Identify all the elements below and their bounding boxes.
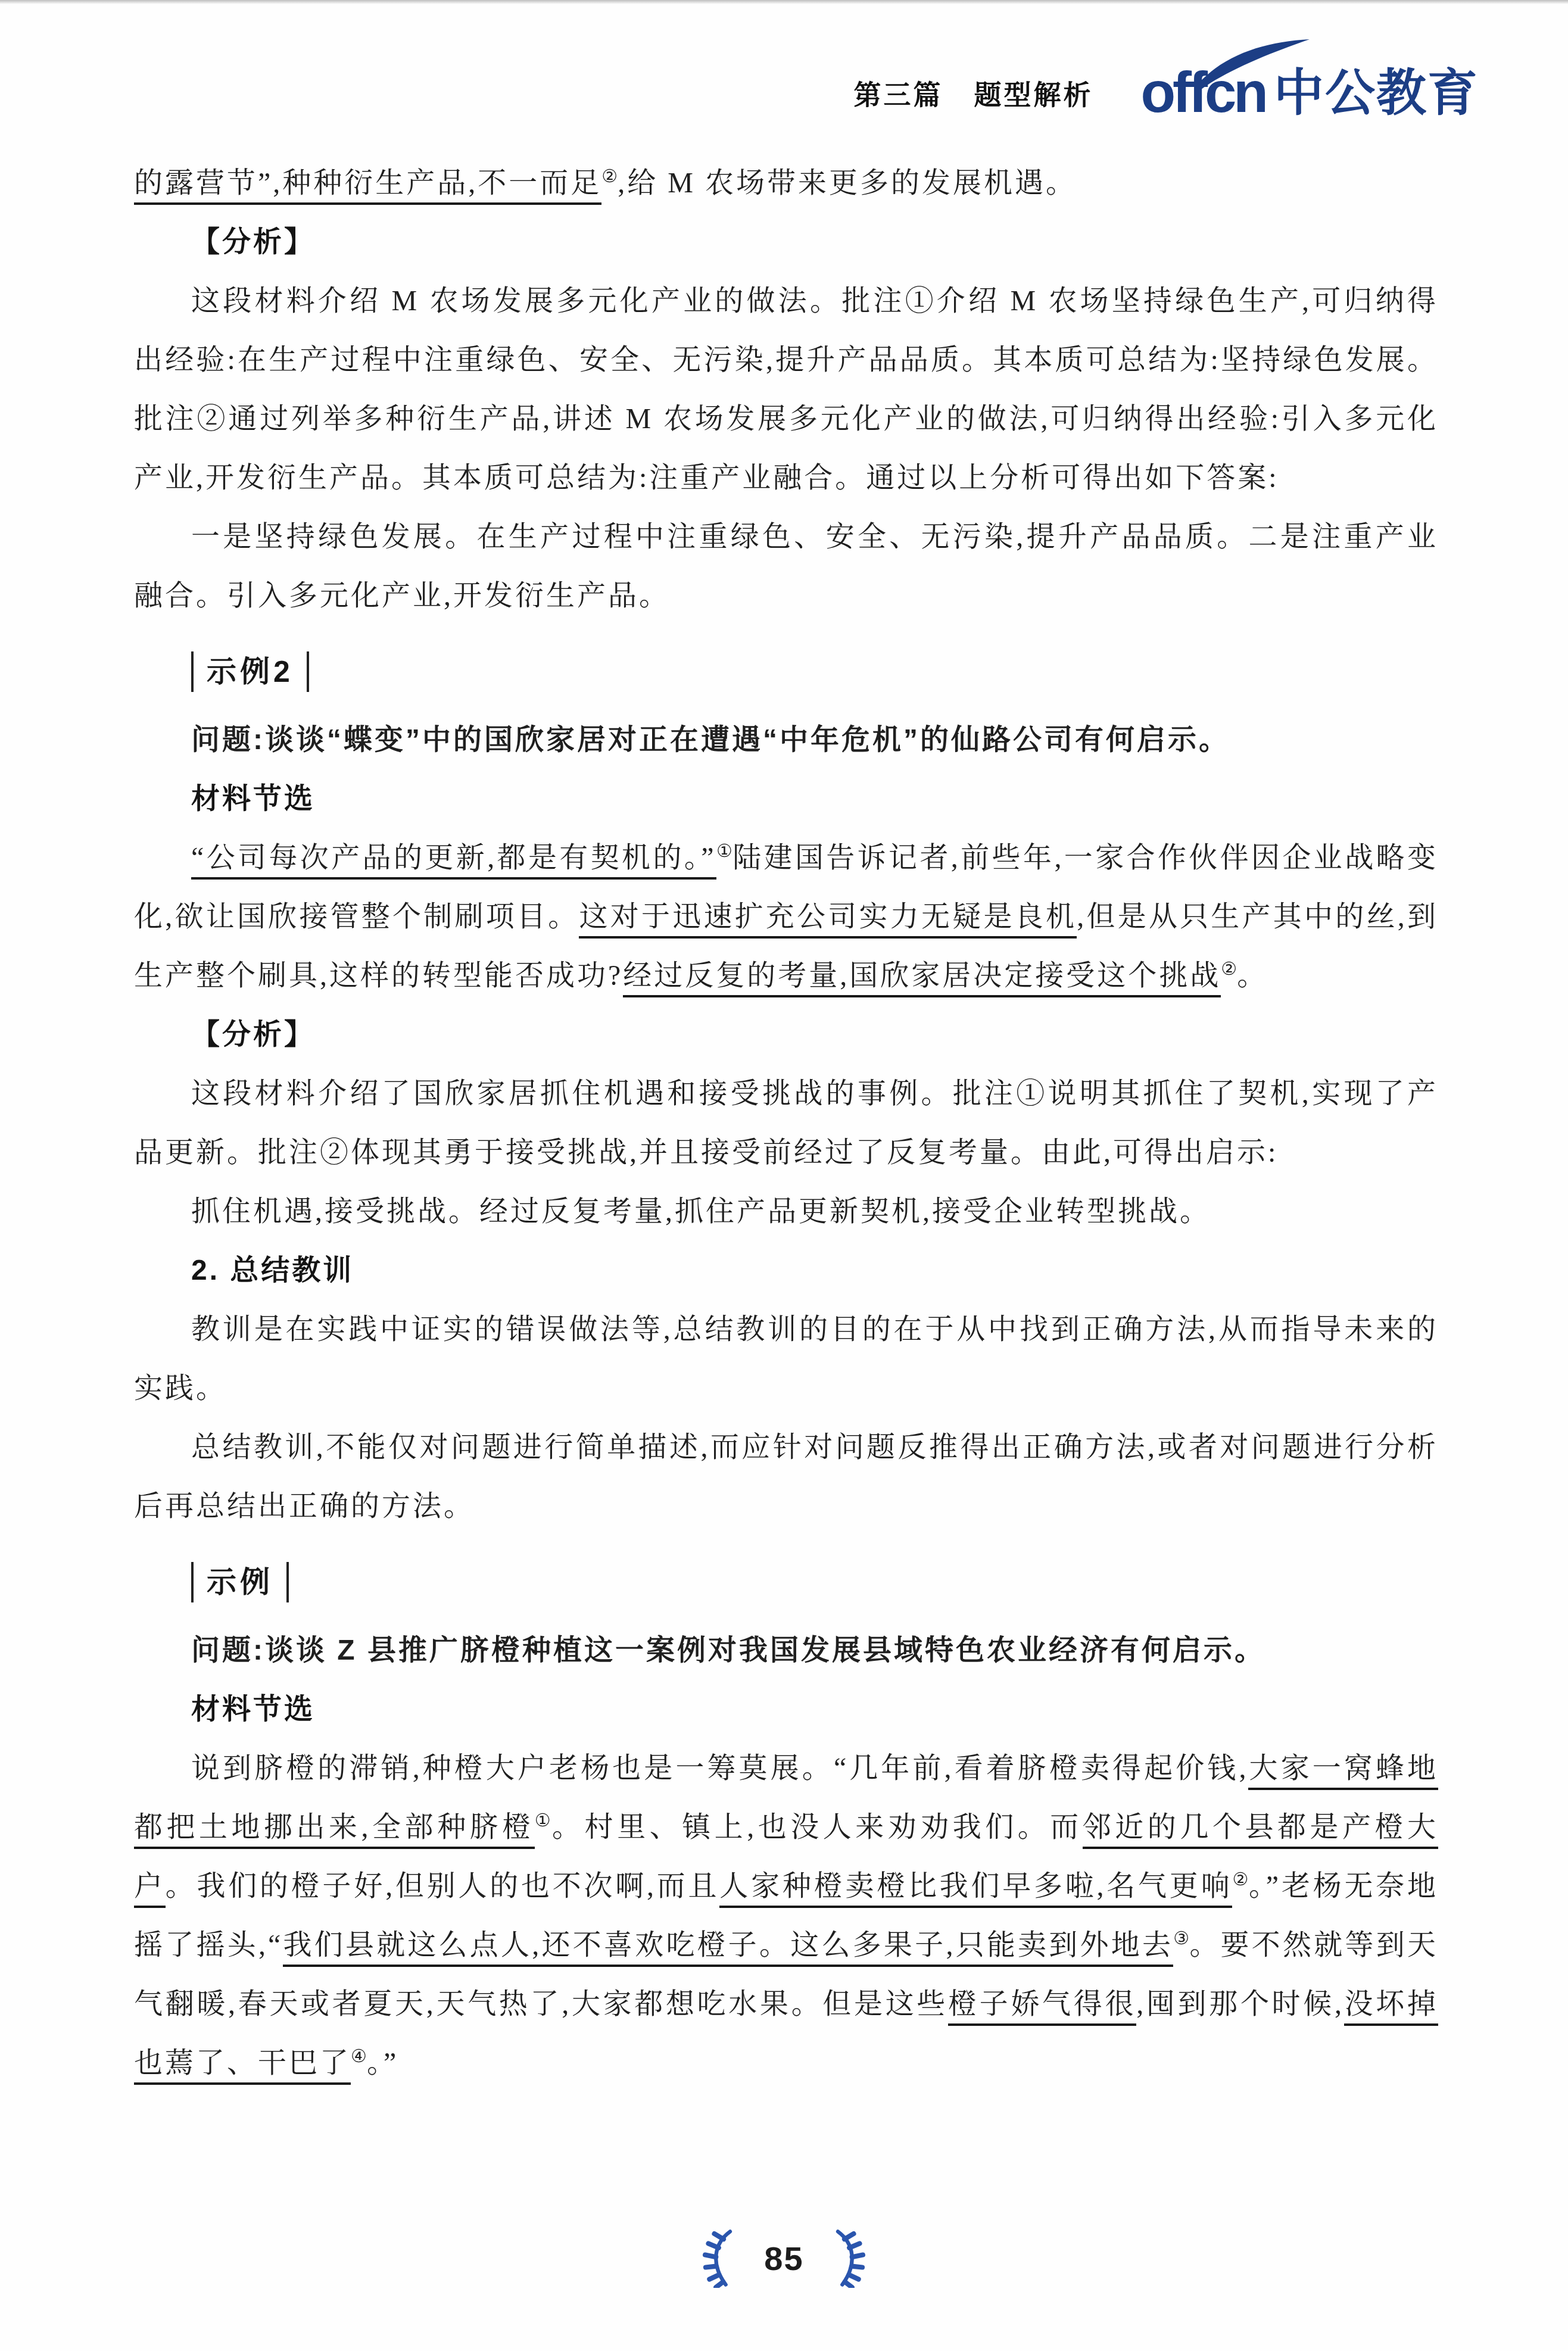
underlined-annotation-text: 橙子娇气得很 xyxy=(948,1988,1136,2026)
example-2-title: 示例2 xyxy=(191,651,309,692)
lesson-summary-heading: 2. 总结教训 xyxy=(134,1241,1438,1300)
text-run: 。” xyxy=(367,2047,398,2079)
book-page: 第三篇 题型解析 offcn 中公教育 的露营节”,种种衍生产品,不一而足②,给… xyxy=(0,0,1568,2351)
page-body: 的露营节”,种种衍生产品,不一而足②,给 M 农场带来更多的发展机遇。 【分析】… xyxy=(134,154,1438,2093)
annotation-number-superscript: ④ xyxy=(351,2047,367,2066)
page-header: 第三篇 题型解析 offcn 中公教育 xyxy=(853,64,1479,121)
analysis-paragraph-farm: 这段材料介绍 M 农场发展多元化产业的做法。批注①介绍 M 农场坚持绿色生产,可… xyxy=(134,272,1438,507)
example-heading: 示例 xyxy=(134,1554,1438,1613)
text-run: 问题: xyxy=(191,1635,265,1666)
text-run: ,囤到那个时候, xyxy=(1136,1988,1344,2020)
offcn-logo: offcn 中公教育 xyxy=(1140,64,1479,121)
analysis-paragraph-guoxin: 这段材料介绍了国欣家居抓住机遇和接受挑战的事例。批注①说明其抓住了契机,实现了产… xyxy=(134,1064,1438,1182)
material-paragraph-guoxin: “公司每次产品的更新,都是有契机的。”①陆建国告诉记者,前些年,一家合作伙伴因企… xyxy=(134,828,1438,1005)
text-run: 总结教训,不能仅对问题进行简单描述,而应针对问题反推得出正确方法,或者对问题进行… xyxy=(134,1432,1438,1522)
section-label: 题型解析 xyxy=(974,73,1093,113)
underlined-annotation-text: 经过反复的考量,国欣家居决定接受这个挑战 xyxy=(623,960,1221,997)
annotation-number-superscript: ① xyxy=(716,841,733,861)
annotation-number-superscript: ② xyxy=(1221,959,1237,979)
text-run: 。我们的橙子好,但别人的也不次啊,而且 xyxy=(166,1870,720,1902)
text-run: 一是坚持绿色发展。在生产过程中注重绿色、安全、无污染,提升产品品质。二是注重产业… xyxy=(134,521,1438,612)
analysis-heading-1: 【分析】 xyxy=(134,213,1438,272)
answer-paragraph-farm: 一是坚持绿色发展。在生产过程中注重绿色、安全、无污染,提升产品品质。二是注重产业… xyxy=(134,507,1438,625)
underlined-annotation-text: 人家种橙卖橙比我们早多啦,名气更响 xyxy=(719,1870,1232,1908)
text-run: 谈谈“蝶变”中的国欣家居对正在遭遇“中年危机”的仙路公司有何启示。 xyxy=(265,724,1230,756)
text-run: ,给 M 农场带来更多的发展机遇。 xyxy=(618,167,1077,199)
question-z-county: 问题:谈谈 Z 县推广脐橙种植这一案例对我国发展县域特色农业经济有何启示。 xyxy=(134,1621,1438,1680)
text-run: 。村里、镇上,也没人来劝劝我们。而 xyxy=(552,1811,1083,1843)
underlined-annotation-text: 我们县就这么点人,还不喜欢吃橙子。这么多果子,只能卖到外地去 xyxy=(283,1929,1173,1967)
material-excerpt-heading-2: 材料节选 xyxy=(134,1680,1438,1739)
text-run: 这段材料介绍了国欣家居抓住机遇和接受挑战的事例。批注①说明其抓住了契机,实现了产… xyxy=(134,1078,1438,1168)
analysis-heading-2: 【分析】 xyxy=(134,1005,1438,1064)
logo-swoosh-icon xyxy=(1193,38,1312,89)
annotation-number-superscript: ① xyxy=(535,1811,552,1831)
material-paragraph-navel-orange: 说到脐橙的滞销,种橙大户老杨也是一筹莫展。“几年前,看着脐橙卖得起价钱,大家一窝… xyxy=(134,1739,1438,2093)
text-run: 。 xyxy=(1237,960,1268,991)
lesson-method-paragraph: 总结教训,不能仅对问题进行简单描述,而应针对问题反推得出正确方法,或者对问题进行… xyxy=(134,1418,1438,1536)
annotation-number-superscript: ② xyxy=(601,167,618,186)
scan-edge-artifact xyxy=(0,0,1568,4)
text-run: 问题: xyxy=(191,724,265,756)
example-2-heading: 示例2 xyxy=(134,643,1438,702)
text-run: 谈谈 Z 县推广脐橙种植这一案例对我国发展县域特色农业经济有何启示。 xyxy=(265,1635,1265,1666)
logo-latin-word: offcn xyxy=(1140,64,1265,121)
example-title: 示例 xyxy=(191,1562,289,1602)
text-run: 教训是在实践中证实的错误做法等,总结教训的目的在于从中找到正确方法,从而指导未来… xyxy=(134,1314,1438,1404)
laurel-right-icon xyxy=(831,2228,869,2288)
page-number: 85 xyxy=(764,2239,803,2278)
paragraph-campsite-continuation: 的露营节”,种种衍生产品,不一而足②,给 M 农场带来更多的发展机遇。 xyxy=(134,154,1438,213)
text-run: 这段材料介绍 M 农场发展多元化产业的做法。批注①介绍 M 农场坚持绿色生产,可… xyxy=(134,285,1438,494)
text-run: 抓住机遇,接受挑战。经过反复考量,抓住产品更新契机,接受企业转型挑战。 xyxy=(191,1196,1211,1227)
underlined-annotation-text: “公司每次产品的更新,都是有契机的。” xyxy=(191,842,716,880)
question-guoxin: 问题:谈谈“蝶变”中的国欣家居对正在遭遇“中年危机”的仙路公司有何启示。 xyxy=(134,710,1438,769)
text-run: 说到脐橙的滞销,种橙大户老杨也是一筹莫展。“几年前,看着脐橙卖得起价钱, xyxy=(191,1753,1248,1784)
part-label: 第三篇 xyxy=(853,73,943,113)
underlined-annotation-text: 的露营节”,种种衍生产品,不一而足 xyxy=(134,167,601,205)
page-footer: 85 xyxy=(0,2228,1568,2288)
annotation-number-superscript: ② xyxy=(1232,1870,1249,1889)
laurel-left-icon xyxy=(699,2228,737,2288)
lesson-definition-paragraph: 教训是在实践中证实的错误做法等,总结教训的目的在于从中找到正确方法,从而指导未来… xyxy=(134,1300,1438,1418)
annotation-number-superscript: ③ xyxy=(1173,1929,1189,1948)
answer-paragraph-guoxin: 抓住机遇,接受挑战。经过反复考量,抓住产品更新契机,接受企业转型挑战。 xyxy=(134,1182,1438,1241)
material-excerpt-heading-1: 材料节选 xyxy=(134,769,1438,828)
underlined-annotation-text: 这对于迅速扩充公司实力无疑是良机 xyxy=(579,901,1077,938)
